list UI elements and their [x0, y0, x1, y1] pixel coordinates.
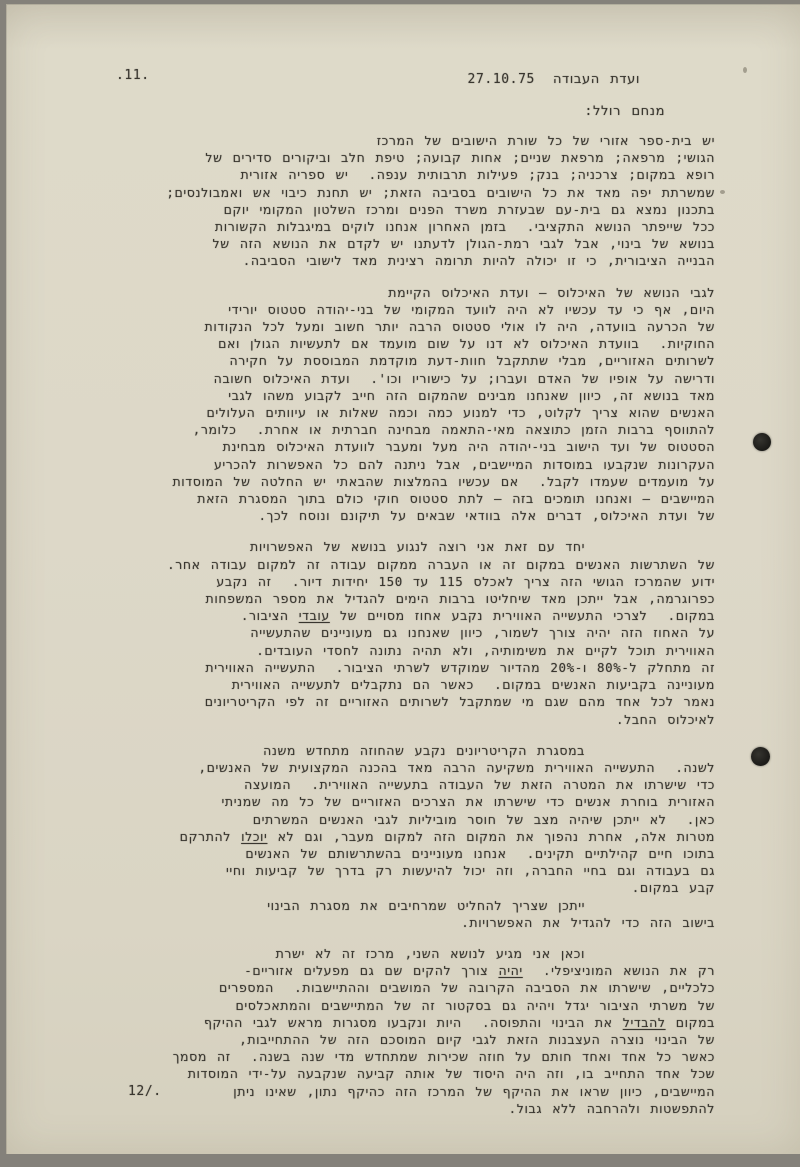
text-line: של השתרשות האנשים במקום זה או העברה ממקו… — [46, 556, 715, 573]
scan-speck — [743, 67, 747, 73]
text-line: כדי שישרתו את המטרה הזאת של העבודה בתעשי… — [46, 776, 715, 793]
text-line: בישוב הזה כדי להגדיל את האפשרויות. — [46, 914, 715, 931]
page-number: .11. — [116, 68, 150, 83]
scanned-document-page: { "page": { "top_page_number": ".11.", "… — [0, 0, 800, 1167]
document-header: ועדת העבודה 27.10.75 — [468, 72, 640, 87]
text-line: הסטטוס של ועד הישוב בני-יהודה היה מעל ומ… — [46, 438, 715, 455]
text-line: נאמר לכל אחד מהם שגם מי שמתקבל לשרותים ה… — [46, 693, 715, 710]
text-line: לשנה. התעשייה האווירית משקיעה הרבה מאד ב… — [46, 759, 715, 776]
text-line: במקום להבדיל את הבינוי והתפוסה. היות ונק… — [46, 1014, 715, 1031]
text-line: כלכליים, שישרתו את הסביבה הקרובה של המוש… — [46, 979, 715, 996]
text-line: האזורית בוחרת אנשים כדי שישרתו את הצרכים… — [46, 793, 715, 810]
text-line: במקום. לצרכי התעשייה האווירית נקבע אחוז … — [46, 607, 715, 624]
text-line: על מועמדים שעמדו לקבל. אם עכשיו בהמלצות … — [46, 473, 715, 490]
text-line: רק את הנושא המוניציפלי. יהיה צורך להקים … — [46, 962, 715, 979]
paragraph: יחד עם זאת אני רוצה לנגוע בנושא של האפשר… — [46, 538, 715, 727]
text-line: רופא במקום; צרכניה; בנק; פעילות תרבותית … — [46, 166, 715, 183]
text-line: לגבי הנושא של האיכלוס – ועדת האיכלוס הקי… — [46, 284, 715, 301]
text-line: לאיכלוס החבל. — [46, 711, 715, 728]
text-line: של משרתי הציבור יגדל ויהיה גם בסקטור זה … — [46, 997, 715, 1014]
committee-title: ועדת העבודה — [553, 72, 640, 87]
text-line: יש בית-ספר אזורי של כל שורת הישובים של ה… — [46, 132, 715, 149]
text-line: מאד בנושא זה, כיוון שאנחנו מבינים שהמקום… — [46, 387, 715, 404]
document-body: יש בית-ספר אזורי של כל שורת הישובים של ה… — [46, 132, 715, 1131]
paper-sheet: .11. ועדת העבודה 27.10.75 מנחם רולל: יש … — [6, 4, 800, 1154]
text-line: הגושי; מרפאה; מרפאת שניים; אחות קבועה; ט… — [46, 149, 715, 166]
text-line: האווירית תוכל לקיים את משימותיה, ולא תהי… — [46, 642, 715, 659]
text-line: להתפשטות ולהרחבה ללא גבול. — [46, 1100, 715, 1117]
text-line: היום, אף כי עד עכשיו לא היה לוועד המקומי… — [46, 301, 715, 318]
text-line: של הכרעה בוועדה, היה לו אולי סטטוס הרבה … — [46, 318, 715, 335]
paragraph: במסגרת הקריטריונים נקבע שהחוזה מתחדש משנ… — [46, 742, 715, 897]
text-line: לשרותים האזוריים, מבלי שתתקבל חוות-דעת מ… — [46, 352, 715, 369]
text-line: כאן. לא ייתכן שיהיה מצב של חוסר מוביליות… — [46, 811, 715, 828]
scan-speck — [720, 190, 725, 194]
text-line: המיישבים – ואנחנו תומכים בזה – לתת סטטוס… — [46, 490, 715, 507]
text-line: בנושא של בינוי, אבל לגבי רמת-הגולן לדעתנ… — [46, 235, 715, 252]
speaker-name: מנחם רולל: — [585, 104, 665, 119]
text-line: קבע במקום. — [46, 879, 715, 896]
text-line: ידוע שהמרכז הגושי הזה צריך לאכלס 115 עד … — [46, 573, 715, 590]
text-line: יחד עם זאת אני רוצה לנגוע בנושא של האפשר… — [46, 538, 715, 555]
text-line: של הבינוי נוצרה העצבנות הזאת לגבי קיום ה… — [46, 1031, 715, 1048]
hole-punch-icon — [753, 433, 771, 451]
text-line: להתווסף ברבות הזמן כתוצאה מאי-התאמה מבחי… — [46, 421, 715, 438]
text-line: כפרוגרמה, אבל ייתכן מאד שיחליטו ברבות הי… — [46, 590, 715, 607]
text-line: בתוכו חיים קהילתיים תקינים. אנחנו מעוניי… — [46, 845, 715, 862]
text-line: בתכנון נמצא גם בית-עם שבעזרת משרד הפנים … — [46, 201, 715, 218]
text-line: וכאן אני מגיע לנושא השני, מרכז זה לא ישר… — [46, 945, 715, 962]
paragraph: ייתכן שצריך להחליט שמרחיבים את מסגרת הבי… — [46, 897, 715, 931]
text-line: שמשרתת יפה מאד את כל הישובים בסביבה הזאת… — [46, 184, 715, 201]
continuation-page-number: 12/. — [128, 1084, 162, 1099]
text-line: ודרישה על אופיו של האדם ועברו; על כישורי… — [46, 370, 715, 387]
session-date: 27.10.75 — [468, 72, 535, 87]
paragraph: לגבי הנושא של האיכלוס – ועדת האיכלוס הקי… — [46, 284, 715, 525]
text-line: האנשים שהוא צריך לקלוט, כדי למנוע כמה וכ… — [46, 404, 715, 421]
text-line: מעוניינה בקביעות האנשים במקום. כאשר הם נ… — [46, 676, 715, 693]
text-line: של ועדת האיכלוס, דברים אלה בוודאי שבאים … — [46, 507, 715, 524]
text-line: ייתכן שצריך להחליט שמרחיבים את מסגרת הבי… — [46, 897, 715, 914]
text-line: החוקיות. בוועדת האיכלוס לא דנו על שום מו… — [46, 335, 715, 352]
text-line: מטרות אלה, אחרת נהפוך את המקום הזה למקום… — [46, 828, 715, 845]
text-line: במסגרת הקריטריונים נקבע שהחוזה מתחדש משנ… — [46, 742, 715, 759]
text-line: גם בעבודה וגם בחיי החברה, וזה יכול להיעש… — [46, 862, 715, 879]
text-line: על האחוז הזה יהיה צורך לשמור, כיוון שאנח… — [46, 624, 715, 641]
text-line: שכל אחד התחייב בו, וזה היה היסוד של אותה… — [46, 1065, 715, 1082]
hole-punch-icon — [751, 747, 770, 766]
text-line: כאשר כל אחד ואחד חותם על חוזה שכירות שמת… — [46, 1048, 715, 1065]
paragraph: יש בית-ספר אזורי של כל שורת הישובים של ה… — [46, 132, 715, 270]
text-line: הבנייה הציבורית, כי זו יכולה להיות תרומה… — [46, 252, 715, 269]
text-line: העקרונות שנקבעו במוסדות המיישבים, אבל ני… — [46, 456, 715, 473]
text-line: זה מתחלק ל-80% ו-20% מהדיור שמוקדש לשרתי… — [46, 659, 715, 676]
text-line: ככל שייפתר הנושא התקציבי. בזמן האחרון אנ… — [46, 218, 715, 235]
